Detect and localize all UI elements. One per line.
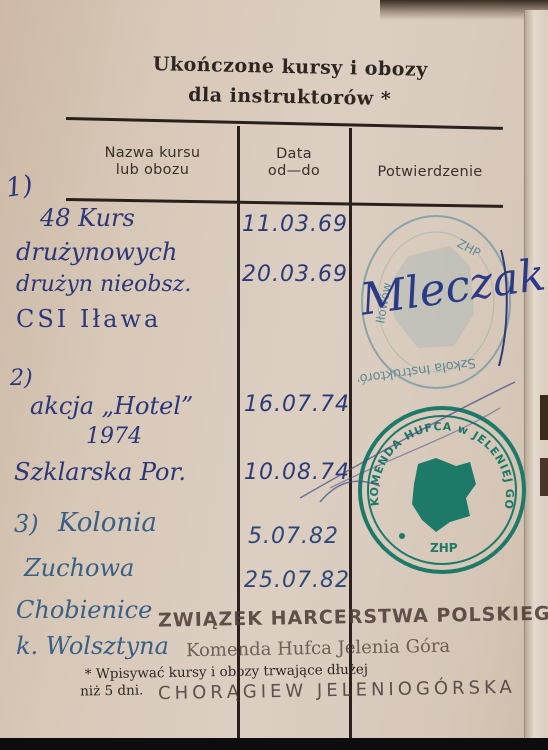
row-3-name-line-2: Zuchowa (24, 554, 134, 582)
row-3-date-to: 25.07.82 (244, 568, 350, 593)
row-2-name-line-3: Szklarska Por. (14, 458, 186, 486)
top-shadow (380, 0, 548, 20)
page-edge-mark (540, 458, 548, 496)
row-2-number: 2) (10, 366, 33, 391)
zhp-stamp-line-1: ZWIĄZEK HARCERSTWA POLSKIEGO (158, 602, 548, 631)
svg-text:ZHP: ZHP (430, 541, 458, 555)
photo-bottom-border (0, 738, 548, 750)
booklet-page: Ukończone kursy i obozy dla instruktorów… (0, 0, 548, 738)
row-2-name-line-1: akcja „Hotel” (30, 392, 193, 420)
row-3-number: 3) (14, 510, 39, 538)
crossing-strokes (290, 378, 520, 508)
page-edge-mark (540, 395, 548, 440)
footnote: * Wpisywać kursy i obozy trwające dłużej… (85, 662, 369, 701)
signature-flourish (495, 248, 515, 368)
row-1-name-line-4: CSI Iława (16, 305, 161, 333)
row-1-date-to: 20.03.69 (242, 262, 348, 287)
page-title: Ukończone kursy i obozy dla instruktorów… (99, 48, 480, 116)
row-2-name-line-2: 1974 (86, 424, 142, 449)
row-3-name-line-4: k. Wolsztyna (16, 632, 169, 660)
header-date: Data od—do (240, 146, 348, 180)
row-1-name-line-3: drużyn nieobsz. (16, 272, 191, 297)
row-1-name-line-2: drużynowych (16, 238, 177, 266)
row-1-name-line-1: 48 Kurs (40, 204, 135, 232)
header-confirmation: Potwierdzenie (355, 164, 505, 181)
next-page-edge (524, 10, 548, 738)
row-1-date-from: 11.03.69 (242, 212, 348, 237)
row-3-date-from: 5.07.82 (248, 524, 339, 549)
header-course-name: Nazwa kursu lub obozu (70, 145, 235, 179)
row-1-number: 1) (4, 170, 35, 203)
row-3-name-line-3: Chobienice (16, 596, 152, 624)
zhp-stamp-line-2: Komenda Hufca Jelenia Góra (186, 636, 451, 662)
table-top-rule (66, 117, 503, 130)
row-3-name-line-1: Kolonia (58, 508, 157, 538)
